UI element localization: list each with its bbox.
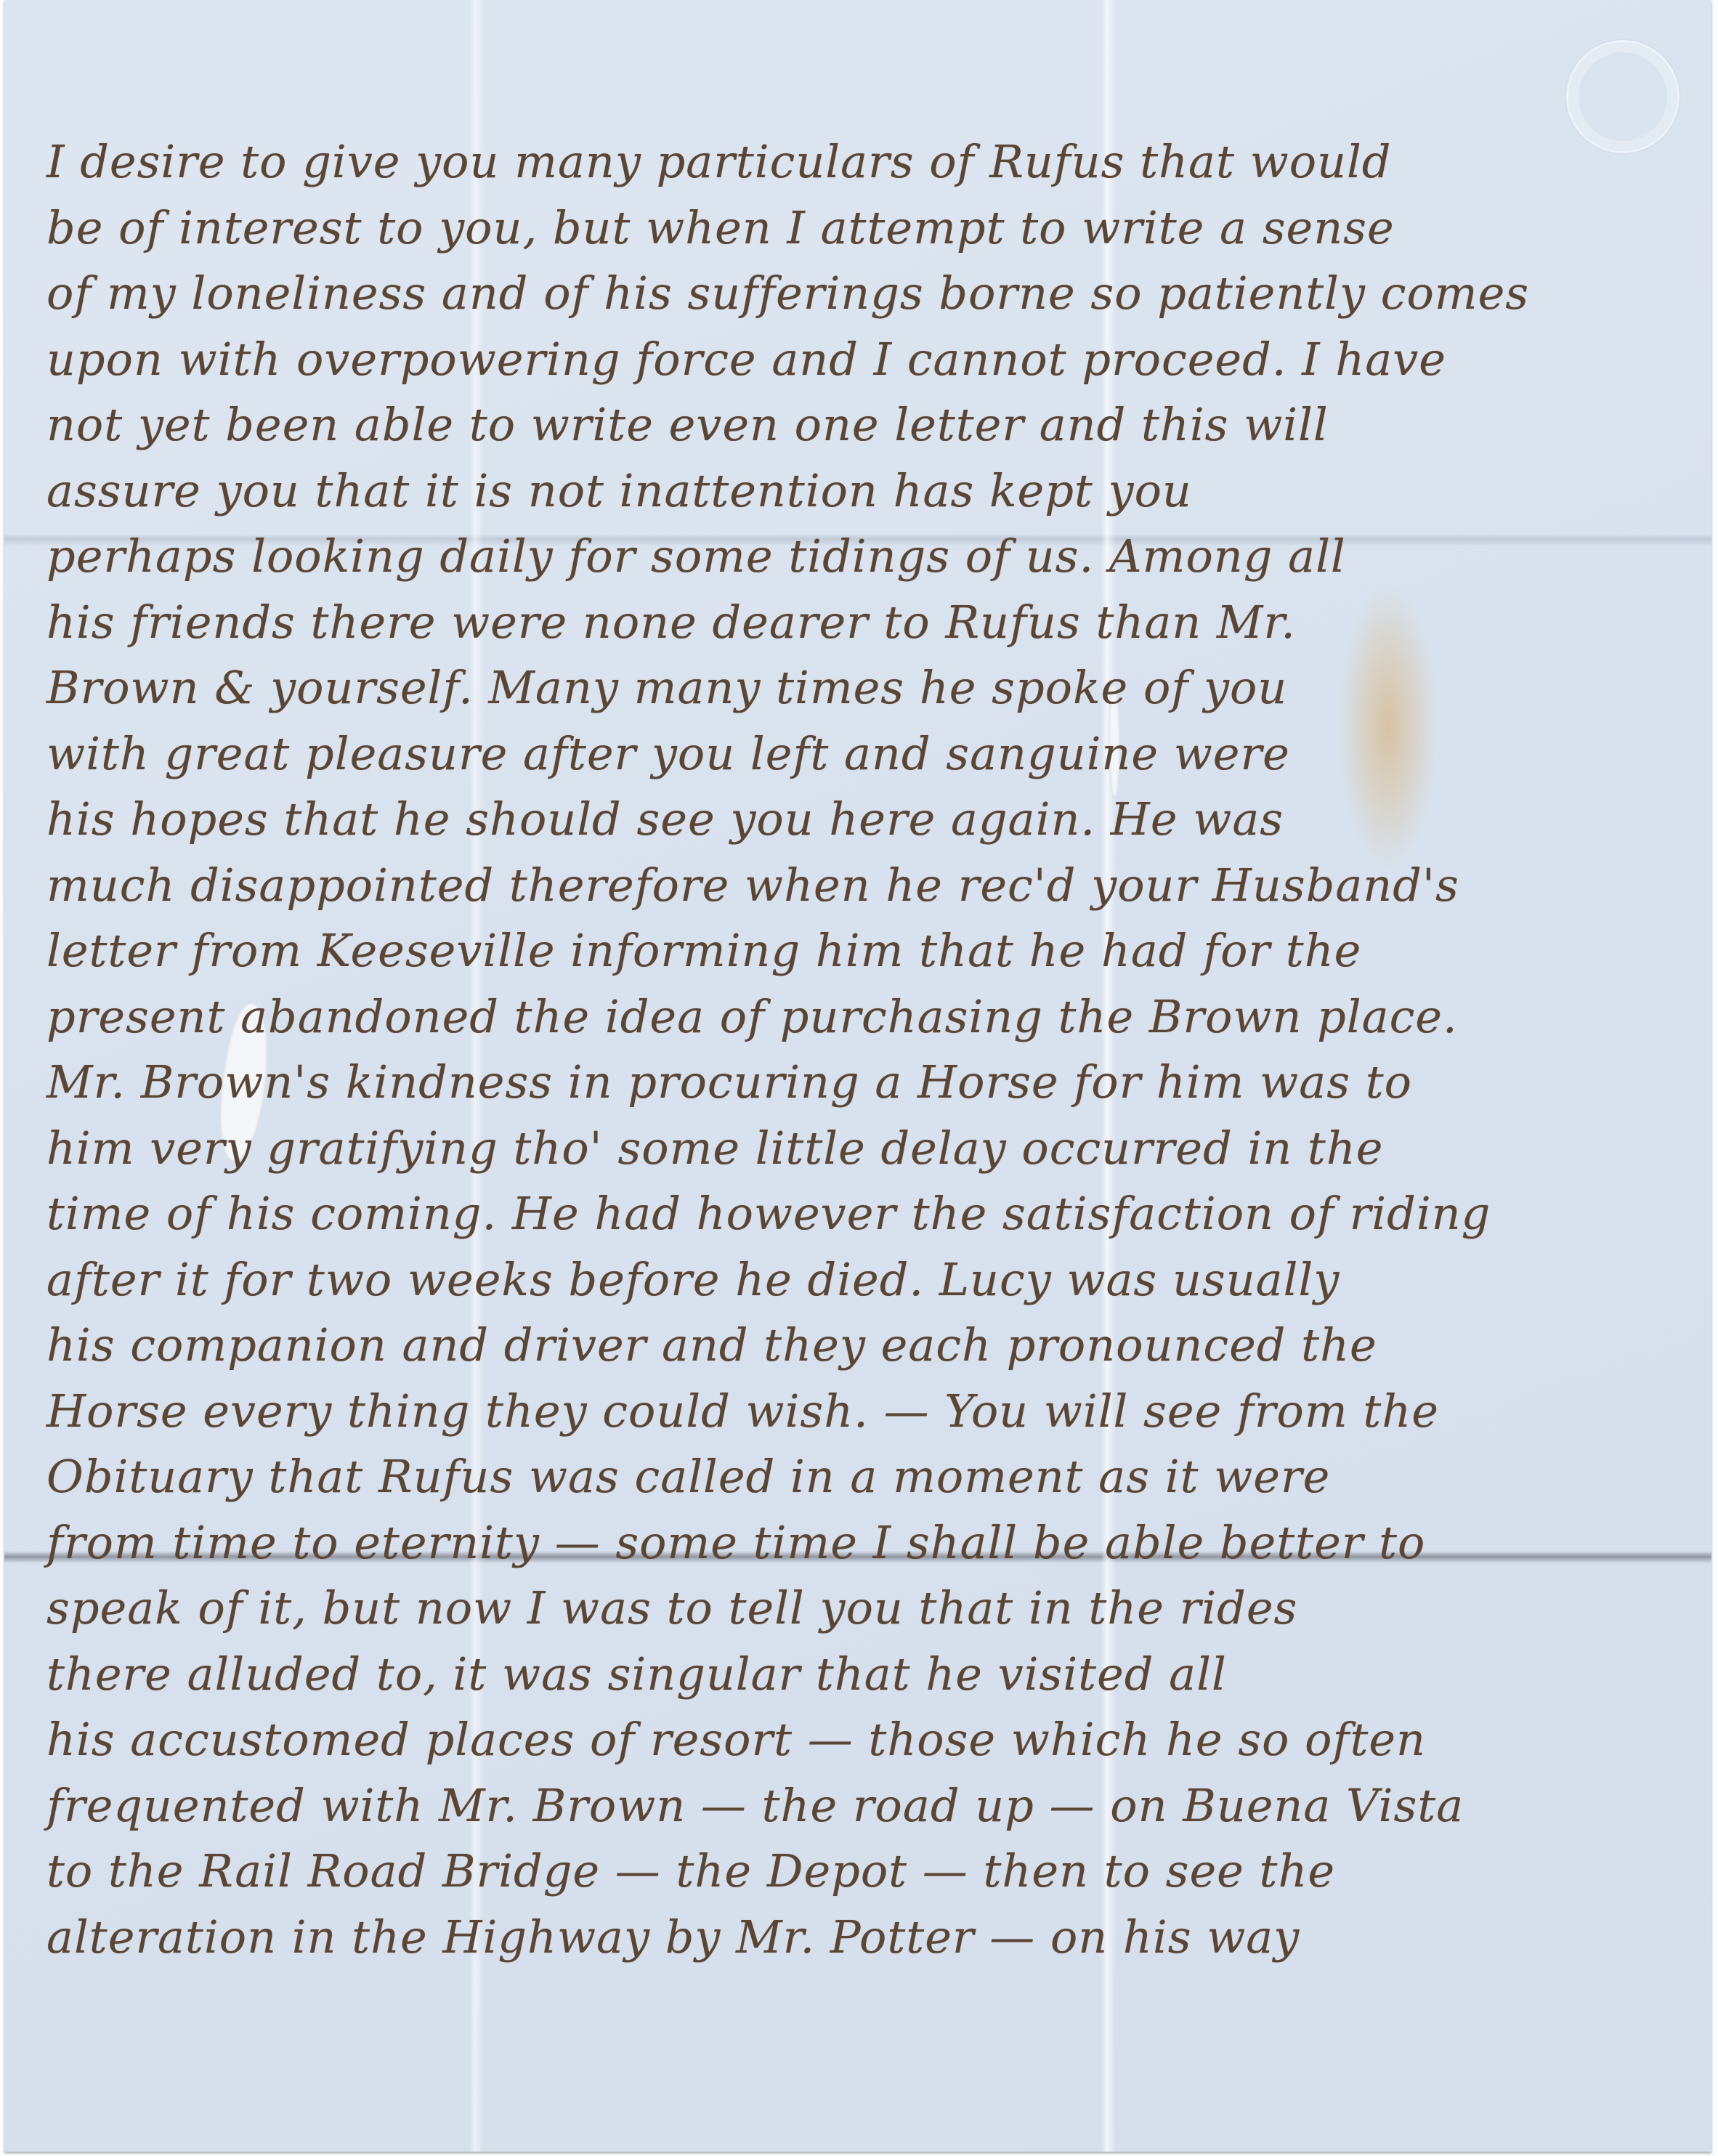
letter-line: Obituary that Rufus was called in a mome… (46, 1444, 1688, 1510)
letter-line: be of interest to you, but when I attemp… (46, 195, 1688, 262)
letter-line: after it for two weeks before he died. L… (46, 1247, 1688, 1313)
letter-line: his friends there were none dearer to Ru… (46, 590, 1688, 656)
letter-line: present abandoned the idea of purchasing… (46, 984, 1688, 1050)
letter-line: letter from Keeseville informing him tha… (46, 918, 1688, 984)
letter-line: not yet been able to write even one lett… (46, 392, 1688, 458)
letter-line: perhaps looking daily for some tidings o… (46, 524, 1688, 590)
letter-line: of my loneliness and of his sufferings b… (46, 261, 1688, 327)
letter-page: I desire to give you many particulars of… (4, 0, 1711, 2152)
letter-line: his companion and driver and they each p… (46, 1313, 1688, 1379)
letter-line: much disappointed therefore when he rec'… (46, 853, 1688, 919)
letter-line: there alluded to, it was singular that h… (46, 1642, 1688, 1708)
letter-line: Brown & yourself. Many many times he spo… (46, 655, 1688, 721)
letter-line: frequented with Mr. Brown — the road up … (46, 1773, 1688, 1839)
letter-line: I desire to give you many particulars of… (46, 129, 1688, 195)
letter-line: speak of it, but now I was to tell you t… (46, 1576, 1688, 1642)
letter-line: his accustomed places of resort — those … (46, 1707, 1688, 1773)
letter-line: time of his coming. He had however the s… (46, 1181, 1688, 1247)
letter-line: upon with overpowering force and I canno… (46, 327, 1688, 393)
letter-line: assure you that it is not inattention ha… (46, 458, 1688, 524)
letter-body: I desire to give you many particulars of… (46, 129, 1688, 1970)
letter-line: him very gratifying tho' some little del… (46, 1116, 1688, 1182)
letter-line: from time to eternity — some time I shal… (46, 1510, 1688, 1576)
letter-line: Horse every thing they could wish. — You… (46, 1379, 1688, 1445)
letter-line: his hopes that he should see you here ag… (46, 787, 1688, 853)
letter-line: alteration in the Highway by Mr. Potter … (46, 1905, 1688, 1971)
letter-line: Mr. Brown's kindness in procuring a Hors… (46, 1050, 1688, 1116)
letter-line: with great pleasure after you left and s… (46, 721, 1688, 787)
letter-line: to the Rail Road Bridge — the Depot — th… (46, 1839, 1688, 1905)
